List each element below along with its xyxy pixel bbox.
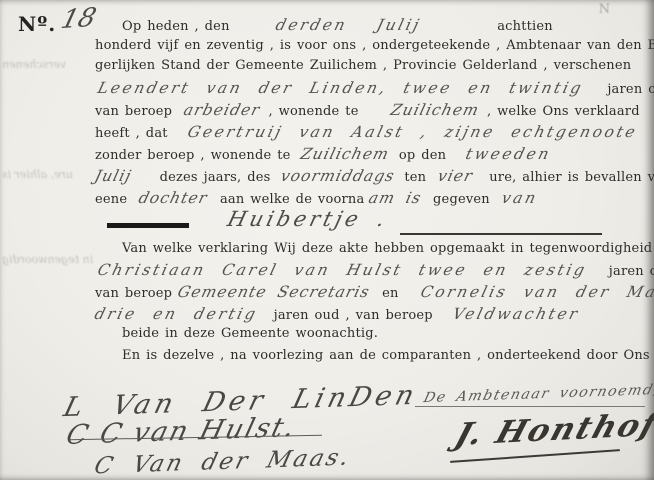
- printed-text: En is dezelve , na voorlezing aan de com…: [122, 348, 650, 363]
- document-number-label: Nº.: [18, 12, 56, 36]
- handwritten-text: am is: [366, 189, 423, 207]
- printed-text: aan welke de voorna: [220, 192, 364, 207]
- printed-text: ure, alhier is bevallen van: [489, 170, 654, 185]
- act-line-birth-time: Julij dezes jaars, des voormiddags ten v…: [95, 167, 654, 185]
- printed-text: en: [382, 286, 398, 301]
- act-line-mother: heeft , dat Geertruij van Aalst , zijne …: [95, 123, 637, 141]
- official-title-underline: [415, 406, 645, 407]
- printed-text: jaren oud ,: [607, 82, 654, 97]
- handwritten-residence: Zuilichem: [388, 101, 481, 119]
- act-line-child-name: Huibertje .: [228, 207, 388, 231]
- separator-rule: [400, 233, 602, 235]
- act-line-witness-1: Christiaan Carel van Hulst twee en zesti…: [98, 261, 654, 279]
- handwritten-witness2-age: drie en dertig: [93, 305, 260, 323]
- handwritten-month: Julij: [375, 16, 423, 34]
- printed-text: beide in deze Gemeente woonachtig.: [122, 326, 378, 341]
- act-line-birthplace: zonder beroep , wonende te Zuilichem op …: [95, 145, 552, 163]
- bleed-through-text: ure, alhier is: [2, 168, 73, 181]
- printed-text: , welke Ons verklaard: [487, 104, 640, 119]
- handwritten-witness2-name: Cornelis van der Maas: [418, 283, 654, 301]
- handwritten-residence: Zuilichem: [298, 145, 391, 163]
- printed-text: jaren oud , van beroep: [274, 308, 433, 323]
- act-line-witness-2-age: drie en dertig jaren oud , van beroep Ve…: [95, 305, 579, 323]
- signature-witness-2: C Van der Maas.: [92, 445, 354, 480]
- handwritten-witness1-occupation: Gemeente Secretaris: [176, 283, 372, 301]
- act-line-witness-2: van beroep Gemeente Secretaris en Cornel…: [95, 283, 654, 301]
- handwritten-occupation: arbeider: [182, 101, 263, 119]
- printed-text: ten: [404, 170, 426, 185]
- printed-text: , wonende te: [268, 104, 358, 119]
- handwritten-day: derden: [274, 16, 350, 34]
- handwritten-witness2-occupation: Veldwachter: [451, 305, 582, 323]
- printed-text: gegeven: [433, 192, 490, 207]
- document-number-value: 18: [58, 3, 99, 35]
- printed-text: van beroep: [95, 286, 172, 301]
- handwritten-birth-day: tweeden: [464, 145, 554, 163]
- signature-official: J. Honthof: [451, 407, 654, 453]
- handwritten-child-sex: dochter: [137, 189, 210, 207]
- bleed-through-corner-mark: N: [599, 2, 610, 17]
- printed-text: dezes jaars, des: [160, 170, 271, 185]
- printed-text: achttien: [497, 19, 553, 34]
- printed-text: op den: [399, 148, 446, 163]
- printed-text: honderd vijf en zeventig , is voor ons ,…: [95, 38, 654, 53]
- handwritten-daypart: voormiddags: [278, 167, 396, 185]
- act-line-residence-note: beide in deze Gemeente woonachtig.: [122, 326, 378, 341]
- printed-text: jaren oud ,: [609, 264, 654, 279]
- official-title: De Ambtenaar voornoemd,: [422, 382, 654, 406]
- handwritten-child-name: Huibertje .: [225, 207, 391, 231]
- act-line-municipality: gerlijken Stand der Gemeente Zuilichem ,…: [95, 58, 631, 73]
- act-line-year: honderd vijf en zeventig , is voor ons ,…: [95, 38, 654, 53]
- handwritten-text: van: [500, 189, 540, 207]
- act-line-occupation-residence: van beroep arbeider , wonende te Zuilich…: [95, 101, 640, 119]
- handwritten-witness1-name-age: Christiaan Carel van Hulst twee en zesti…: [96, 261, 589, 279]
- handwritten-declarant-name-age: Leendert van der Linden, twee en twintig: [96, 79, 586, 97]
- act-line-date: Op heden , den derden Julij achttien: [122, 16, 553, 34]
- printed-text: heeft , dat: [95, 126, 168, 141]
- printed-text: eene: [95, 192, 127, 207]
- printed-text: Op heden , den: [122, 19, 230, 34]
- separator-rule: [107, 223, 189, 228]
- birth-certificate-scan: Nº. 18 N verschenen ure, alhier is in te…: [0, 0, 654, 480]
- handwritten-mother-name: Geertruij van Aalst , zijne echtgenoote: [186, 123, 640, 141]
- printed-text: van beroep: [95, 104, 172, 119]
- handwritten-birth-month: Julij: [93, 167, 134, 185]
- bleed-through-text: in tegenwoordig: [2, 253, 93, 266]
- handwritten-hour: vier: [436, 167, 475, 185]
- act-line-child-sex: eene dochter aan welke de voorna am is g…: [95, 189, 538, 207]
- printed-text: gerlijken Stand der Gemeente Zuilichem ,…: [95, 58, 631, 73]
- act-line-declarant: Leendert van der Linden, twee en twintig…: [98, 79, 654, 97]
- act-line-closing: En is dezelve , na voorlezing aan de com…: [122, 345, 654, 363]
- bleed-through-text: verschenen: [2, 58, 66, 71]
- printed-text: zonder beroep , wonende te: [95, 148, 291, 163]
- printed-text: Van welke verklaring Wij deze akte hebbe…: [122, 241, 654, 256]
- act-line-witness-intro: Van welke verklaring Wij deze akte hebbe…: [122, 241, 654, 256]
